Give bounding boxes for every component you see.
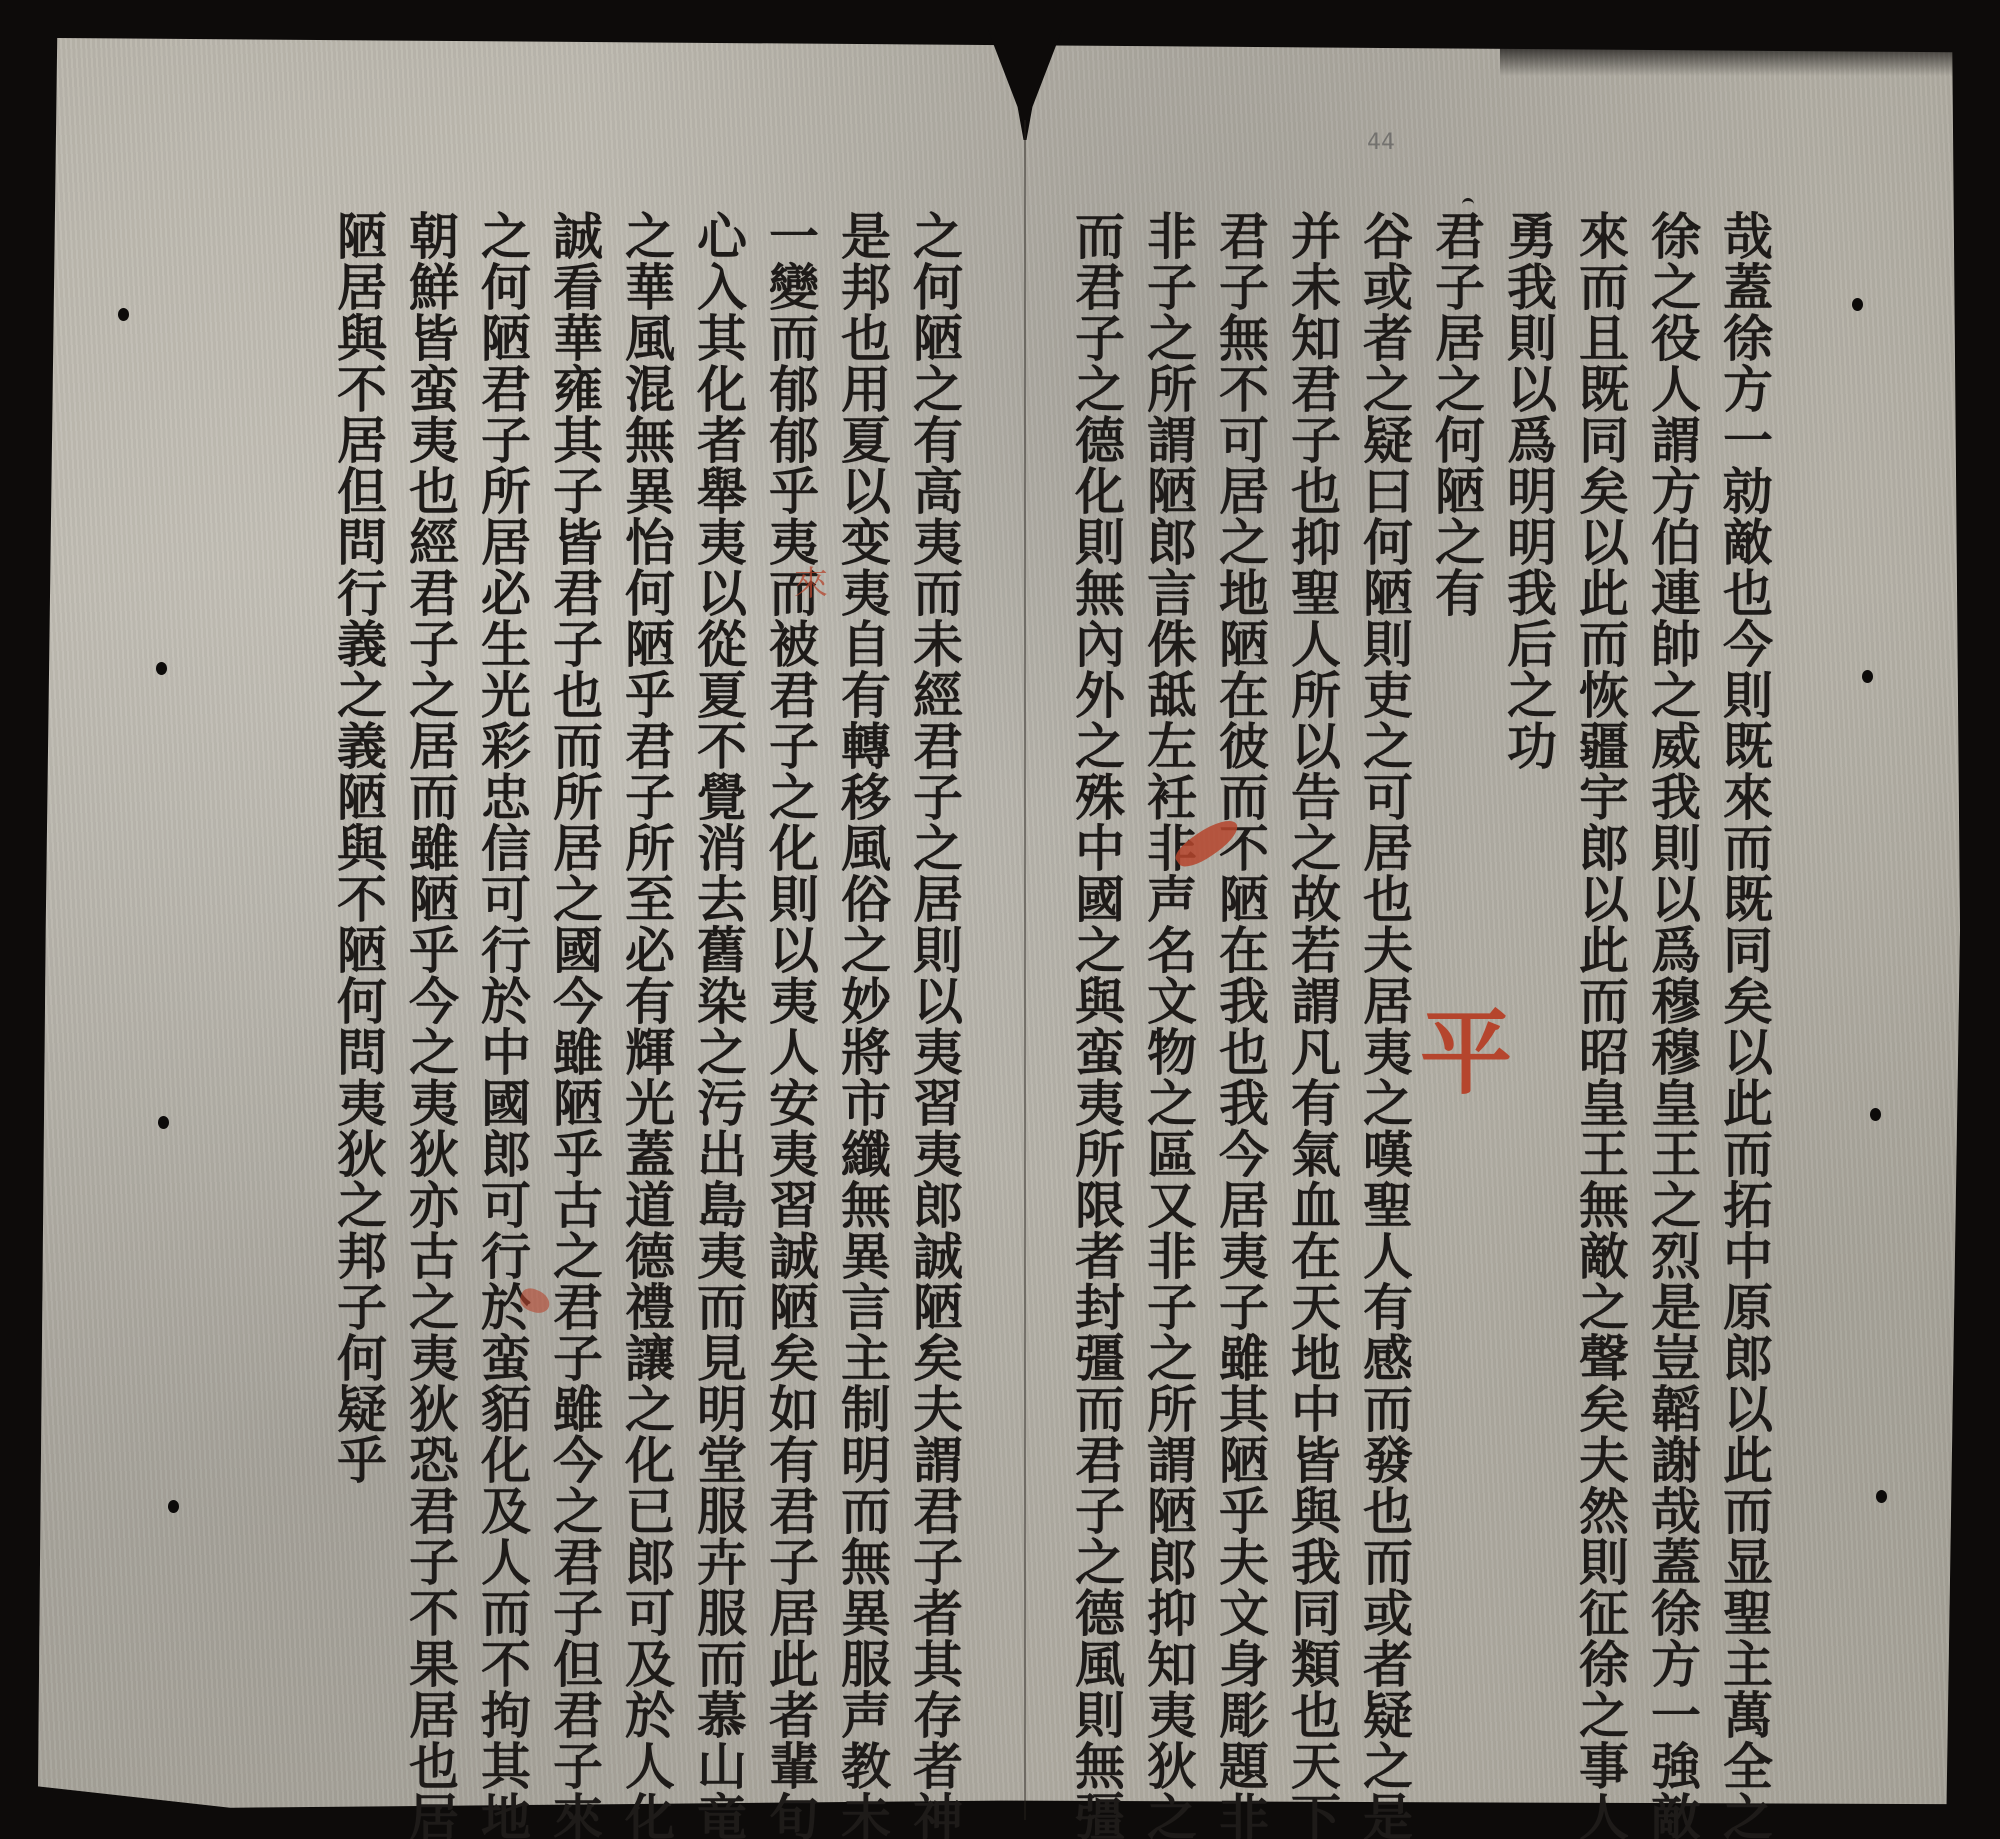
text-column: 君子無不可居之地陋在彼而不陋在我也我今居夷子雖其陋乎夫文身彫題非礼樂衣冠之所 (1204, 210, 1276, 1790)
binding-hole (168, 1500, 179, 1513)
text-column: 朝鮮皆蛮夷也經君子之居而雖陋乎今之夷狄亦古之夷狄恐君子不果居也居之何 (394, 210, 466, 1770)
left-page: 之何陋之有高夷而未經君子之居則以夷習夷郎誠陋矣夫謂君子者其存者神所過者化居 是邦… (310, 210, 970, 1770)
binding-hole (1870, 1108, 1881, 1121)
red-annotation-character: 平 (1420, 980, 1512, 1112)
text-column: 而君子之德化則無內外之殊中國之與蛮夷所限者封彊而君子之德風則無彊之限以居 (1060, 210, 1132, 1790)
center-fold (1024, 120, 1026, 1820)
binding-hole (1852, 298, 1863, 311)
text-column: 是邦也用夏以变夷自有轉移風俗之妙將市纖無異言主制明而無異服声教未露之僻壞 (826, 210, 898, 1770)
page-number-marker: 44 (1367, 130, 1395, 155)
paper-edge-shadow (1500, 36, 1960, 76)
text-column: 之何陋君子所居必生光彩忠信可行於中國郎可行於蛮貊化及人而不拘其地也誠有利蛮 (466, 210, 538, 1770)
text-column: 一變而郁郁乎夷而被君子之化則以夷人安夷習誠陋矣如有君子居此者輩旬而大者章 (754, 210, 826, 1770)
text-column: 誠看華雍其子皆君子也而所居之國今雖陋乎古之君子雖今之君子但君子來之居也居 (538, 210, 610, 1770)
binding-hole (1862, 670, 1873, 683)
text-column: 徐之役人謂方伯連帥之威我則以爲穆穆皇王之烈是豈韜謝哉蓋徐方一強敵也今則既 (1636, 210, 1708, 1790)
left-page-columns: 之何陋之有高夷而未經君子之居則以夷習夷郎誠陋矣夫謂君子者其存者神所過者化居 是邦… (310, 210, 970, 1770)
binding-hole (156, 662, 167, 675)
text-column: 心入其化者舉夷以從夏不覺消去舊染之污出島夷而見明堂服卉服而慕山竜文明大著 (682, 210, 754, 1770)
binding-hole (158, 1116, 169, 1129)
text-column: 非子之所謂陋郎言侏䑛左衽非声名文物之區又非子之所謂陋郎抑知夷狄之與中華所爭者兩 (1132, 210, 1204, 1790)
text-column: 之何陋之有高夷而未經君子之居則以夷習夷郎誠陋矣夫謂君子者其存者神所過者化居 (898, 210, 970, 1770)
text-column: 陋居與不居但問行義之義陋與不陋何問夷狄之邦子何疑乎 (322, 210, 394, 1770)
binding-hole (1876, 1490, 1887, 1503)
red-annotation-small: 來 (794, 556, 828, 605)
text-column: 并未知君子也抑聖人所以告之故若謂凡有氣血在天地中皆與我同類也天下無不可化之人郎 (1276, 210, 1348, 1790)
binding-hole (118, 308, 129, 321)
text-column: 之華風混無異怡何陋乎君子所至必有輝光蓋道德禮讓之化已郎可及於人化在我而不在彼也 (610, 210, 682, 1770)
text-column: 谷或者之疑曰何陋則吏之可居也夫居夷之嘆聖人有感而發也而或者疑之是未知夫子之意 (1348, 210, 1420, 1790)
text-column: 來而且既同矣以此而恢疆宇郎以此而昭皇王無敵之聲矣夫然則征徐之事人謂竜驤虎賁之 (1564, 210, 1636, 1790)
text-column: 哉蓋徐方一勍敵也今則既來而既同矣以此而拓中原郎以此而显聖主萬全之廟畧矣夫然則征 (1708, 210, 1780, 1790)
